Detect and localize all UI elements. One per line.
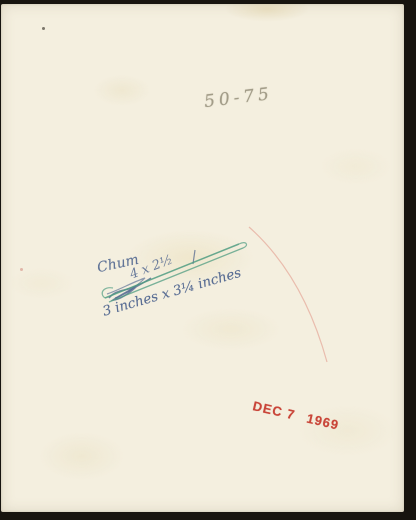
paper-speck [20, 268, 23, 271]
photo-back-paper: 50-75 Chum 4 x 2½ 3 inches x 3¼ inches [1, 4, 404, 512]
date-stamp-year: 1969 [305, 411, 340, 433]
paper-speck [42, 27, 45, 30]
red-arc-mark [241, 217, 341, 367]
date-stamp: DEC 7 1969 [251, 398, 340, 432]
date-stamp-day: DEC 7 [251, 398, 297, 422]
catalog-number-note: 50-75 [203, 84, 274, 112]
